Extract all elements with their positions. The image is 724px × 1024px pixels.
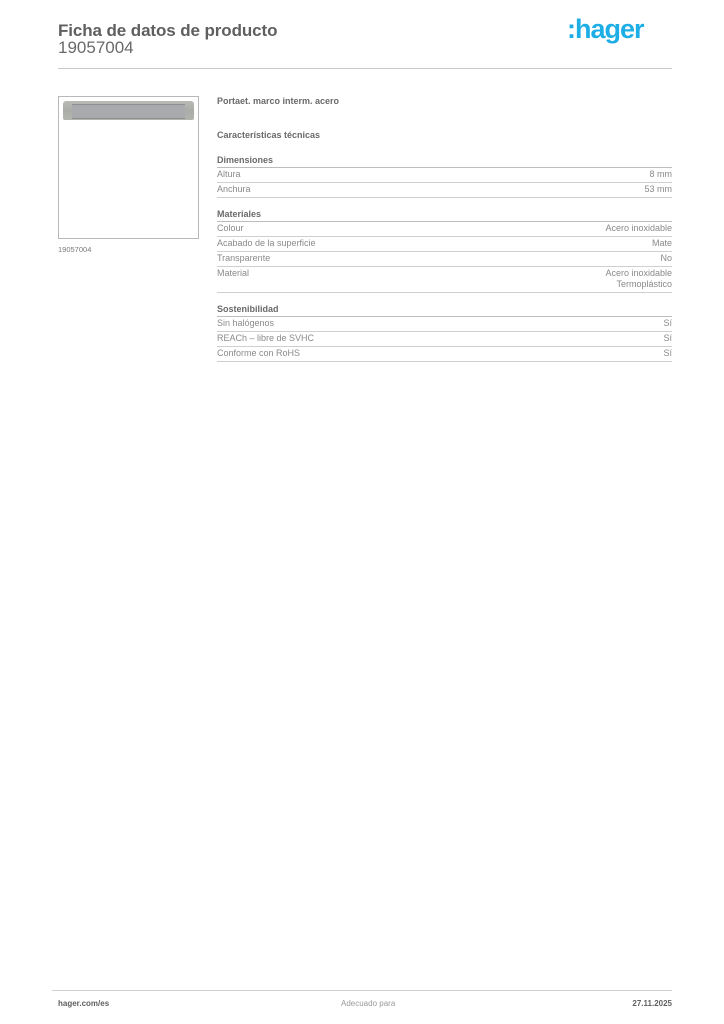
spec-label: Acabado de la superficie <box>217 238 316 249</box>
spec-row: REACh – libre de SVHCSí <box>217 332 672 347</box>
spec-label: Anchura <box>217 184 251 195</box>
spec-row: ColourAcero inoxidable <box>217 222 672 237</box>
product-frame-bar <box>63 101 194 120</box>
spec-row: Altura8 mm <box>217 168 672 183</box>
spec-value-line: 8 mm <box>650 169 673 180</box>
spec-value-line: Acero inoxidable <box>605 223 672 234</box>
spec-row: TransparenteNo <box>217 252 672 267</box>
footer-divider <box>52 990 672 991</box>
spec-value: 8 mm <box>650 169 673 180</box>
spec-label: Transparente <box>217 253 270 264</box>
spec-value: Sí <box>663 348 672 359</box>
spec-value-line: Sí <box>663 348 672 359</box>
spec-label: Sin halógenos <box>217 318 274 329</box>
spec-value-line: No <box>660 253 672 264</box>
spec-label: Material <box>217 268 249 279</box>
product-image <box>58 96 199 239</box>
spec-value: Acero inoxidableTermoplástico <box>605 268 672 290</box>
spec-label: REACh – libre de SVHC <box>217 333 314 344</box>
spec-label: Colour <box>217 223 244 234</box>
spec-value-line: Sí <box>663 333 672 344</box>
product-name: Portaet. marco interm. acero <box>217 96 672 108</box>
spec-value: Sí <box>663 333 672 344</box>
footer-center-text: Adecuado para <box>341 999 395 1008</box>
spec-value-line: 53 mm <box>644 184 672 195</box>
spec-row: Conforme con RoHSSí <box>217 347 672 362</box>
spec-row: Sin halógenosSí <box>217 317 672 332</box>
spec-value: Sí <box>663 318 672 329</box>
hager-logo: :hager <box>567 14 644 45</box>
spec-group-title: Sostenibilidad <box>217 304 672 317</box>
product-frame-inner <box>72 104 185 119</box>
footer-website-link[interactable]: hager.com/es <box>58 999 109 1008</box>
spec-row: MaterialAcero inoxidableTermoplástico <box>217 267 672 293</box>
spec-group: SostenibilidadSin halógenosSíREACh – lib… <box>217 304 672 362</box>
spec-value-line: Mate <box>652 238 672 249</box>
spec-value: No <box>660 253 672 264</box>
spec-group-title: Materiales <box>217 209 672 222</box>
spec-label: Conforme con RoHS <box>217 348 300 359</box>
product-code: 19057004 <box>58 38 134 58</box>
spec-group: DimensionesAltura8 mmAnchura53 mm <box>217 155 672 198</box>
spec-value: Mate <box>652 238 672 249</box>
spec-group: MaterialesColourAcero inoxidableAcabado … <box>217 209 672 293</box>
spec-value-line: Acero inoxidable <box>605 268 672 279</box>
footer-date: 27.11.2025 <box>632 999 672 1008</box>
spec-row: Anchura53 mm <box>217 183 672 198</box>
spec-value-line: Sí <box>663 318 672 329</box>
spec-value: Acero inoxidable <box>605 223 672 234</box>
spec-value-line: Termoplástico <box>605 279 672 290</box>
product-details: Portaet. marco interm. acero Característ… <box>217 96 672 362</box>
spec-groups: DimensionesAltura8 mmAnchura53 mmMateria… <box>217 155 672 362</box>
section-title: Características técnicas <box>217 130 672 144</box>
spec-row: Acabado de la superficieMate <box>217 237 672 252</box>
spec-label: Altura <box>217 169 241 180</box>
spec-group-title: Dimensiones <box>217 155 672 168</box>
image-caption: 19057004 <box>58 245 91 254</box>
spec-value: 53 mm <box>644 184 672 195</box>
header-divider <box>58 68 672 69</box>
